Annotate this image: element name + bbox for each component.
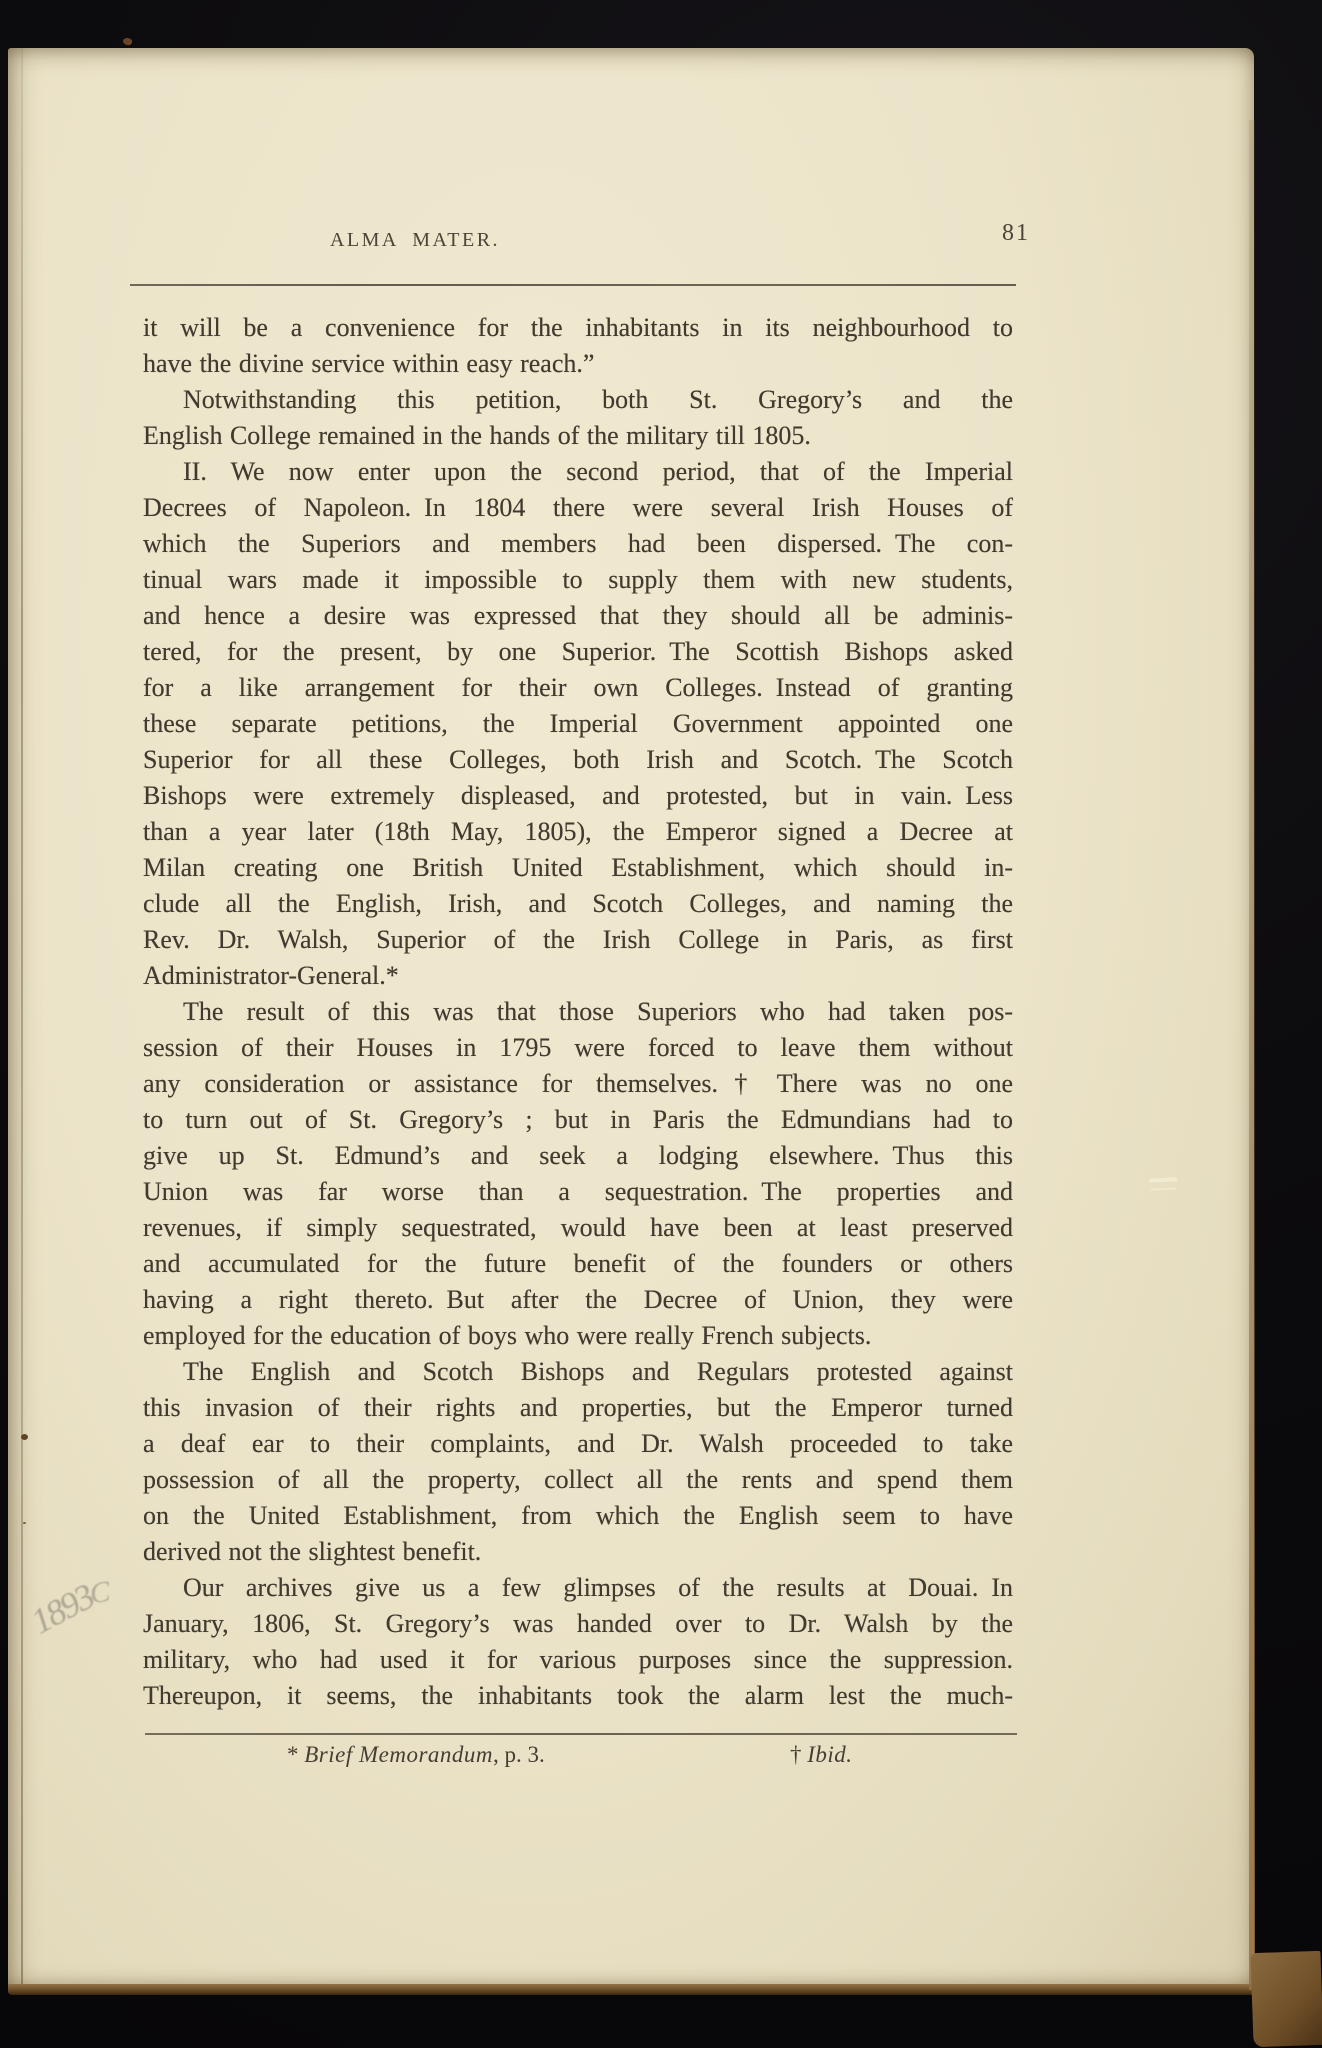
text-line: The result of this was that those Superi… [143, 994, 1013, 1030]
text-line: The English and Scotch Bishops and Regul… [143, 1354, 1013, 1390]
text-line: tered, for the present, by one Superior.… [143, 634, 1013, 670]
text-line: session of their Houses in 1795 were for… [143, 1030, 1013, 1066]
book-page: ALMA MATER. 81 it will be a convenience … [8, 48, 1254, 1986]
text-line: Milan creating one British United Establ… [143, 850, 1013, 886]
text-line: give up St. Edmund’s and seek a lodging … [143, 1138, 1013, 1174]
photo-backdrop: ALMA MATER. 81 it will be a convenience … [0, 0, 1322, 2048]
text-line: having a right thereto. But after the De… [143, 1282, 1013, 1318]
pencil-mark-letter: C [88, 1575, 113, 1611]
footnote-rule [145, 1733, 1017, 1735]
text-line: and hence a desire was expressed that th… [143, 598, 1013, 634]
text-line: a deaf ear to their complaints, and Dr. … [143, 1426, 1013, 1462]
page-scratch-mark [1149, 1177, 1177, 1182]
page-number: 81 [1002, 220, 1030, 247]
footnote-right: † Ibid. [790, 1742, 853, 1768]
text-line: possession of all the property, collect … [143, 1462, 1013, 1498]
footnote-left-rest: , p. 3. [493, 1742, 545, 1767]
book-edge-bottom [8, 1984, 1256, 1995]
text-line: have the divine service within easy reac… [143, 346, 1013, 382]
text-line: Decrees of Napoleon. In 1804 there were … [143, 490, 1013, 526]
text-line: English College remained in the hands of… [143, 418, 1013, 454]
body-text: it will be a convenience for the inhabit… [143, 310, 1013, 1714]
footnote-left-title: Brief Memorandum [304, 1742, 493, 1767]
text-line: January, 1806, St. Gregory’s was handed … [143, 1606, 1013, 1642]
text-line: revenues, if simply sequestrated, would … [143, 1210, 1013, 1246]
text-line: it will be a convenience for the inhabit… [143, 310, 1013, 346]
header-rule [130, 284, 1016, 286]
text-line: Notwithstanding this petition, both St. … [143, 382, 1013, 418]
text-line: than a year later (18th May, 1805), the … [143, 814, 1013, 850]
text-line: clude all the English, Irish, and Scotch… [143, 886, 1013, 922]
footnote-left: * Brief Memorandum, p. 3. [287, 1742, 545, 1768]
text-line: to turn out of St. Gregory’s ; but in Pa… [143, 1102, 1013, 1138]
text-line: employed for the education of boys who w… [143, 1318, 1013, 1354]
text-line: Superior for all these Colleges, both Ir… [143, 742, 1013, 778]
text-line: any consideration or assistance for them… [143, 1066, 1013, 1102]
text-line: Thereupon, it seems, the inhabitants too… [143, 1678, 1013, 1714]
text-line: Rev. Dr. Walsh, Superior of the Irish Co… [143, 922, 1013, 958]
running-header: ALMA MATER. [330, 229, 500, 252]
text-line: II. We now enter upon the second period,… [143, 454, 1013, 490]
footnote-right-marker: † [790, 1742, 807, 1767]
text-line: Administrator-General.* [143, 958, 1013, 994]
text-line: on the United Establishment, from which … [143, 1498, 1013, 1534]
text-line: Union was far worse than a sequestration… [143, 1174, 1013, 1210]
text-line: and accumulated for the future benefit o… [143, 1246, 1013, 1282]
text-line: military, who had used it for various pu… [143, 1642, 1013, 1678]
book-edge-right [1249, 120, 1255, 1990]
text-line: this invasion of their rights and proper… [143, 1390, 1013, 1426]
text-line: which the Superiors and members had been… [143, 526, 1013, 562]
page-speck [122, 37, 133, 47]
text-line: derived not the slightest benefit. [143, 1534, 1013, 1570]
page-crease [21, 48, 23, 1986]
page-speck [21, 1434, 28, 1440]
text-line: Bishops were extremely displeased, and p… [143, 778, 1013, 814]
footnote-right-title: Ibid. [807, 1742, 852, 1767]
text-line: Our archives give us a few glimpses of t… [143, 1570, 1013, 1606]
text-line: these separate petitions, the Imperial G… [143, 706, 1013, 742]
text-line: tinual wars made it impossible to supply… [143, 562, 1013, 598]
book-edge-corner [1250, 1951, 1322, 2047]
text-line: for a like arrangement for their own Col… [143, 670, 1013, 706]
footnote-left-marker: * [287, 1742, 304, 1767]
